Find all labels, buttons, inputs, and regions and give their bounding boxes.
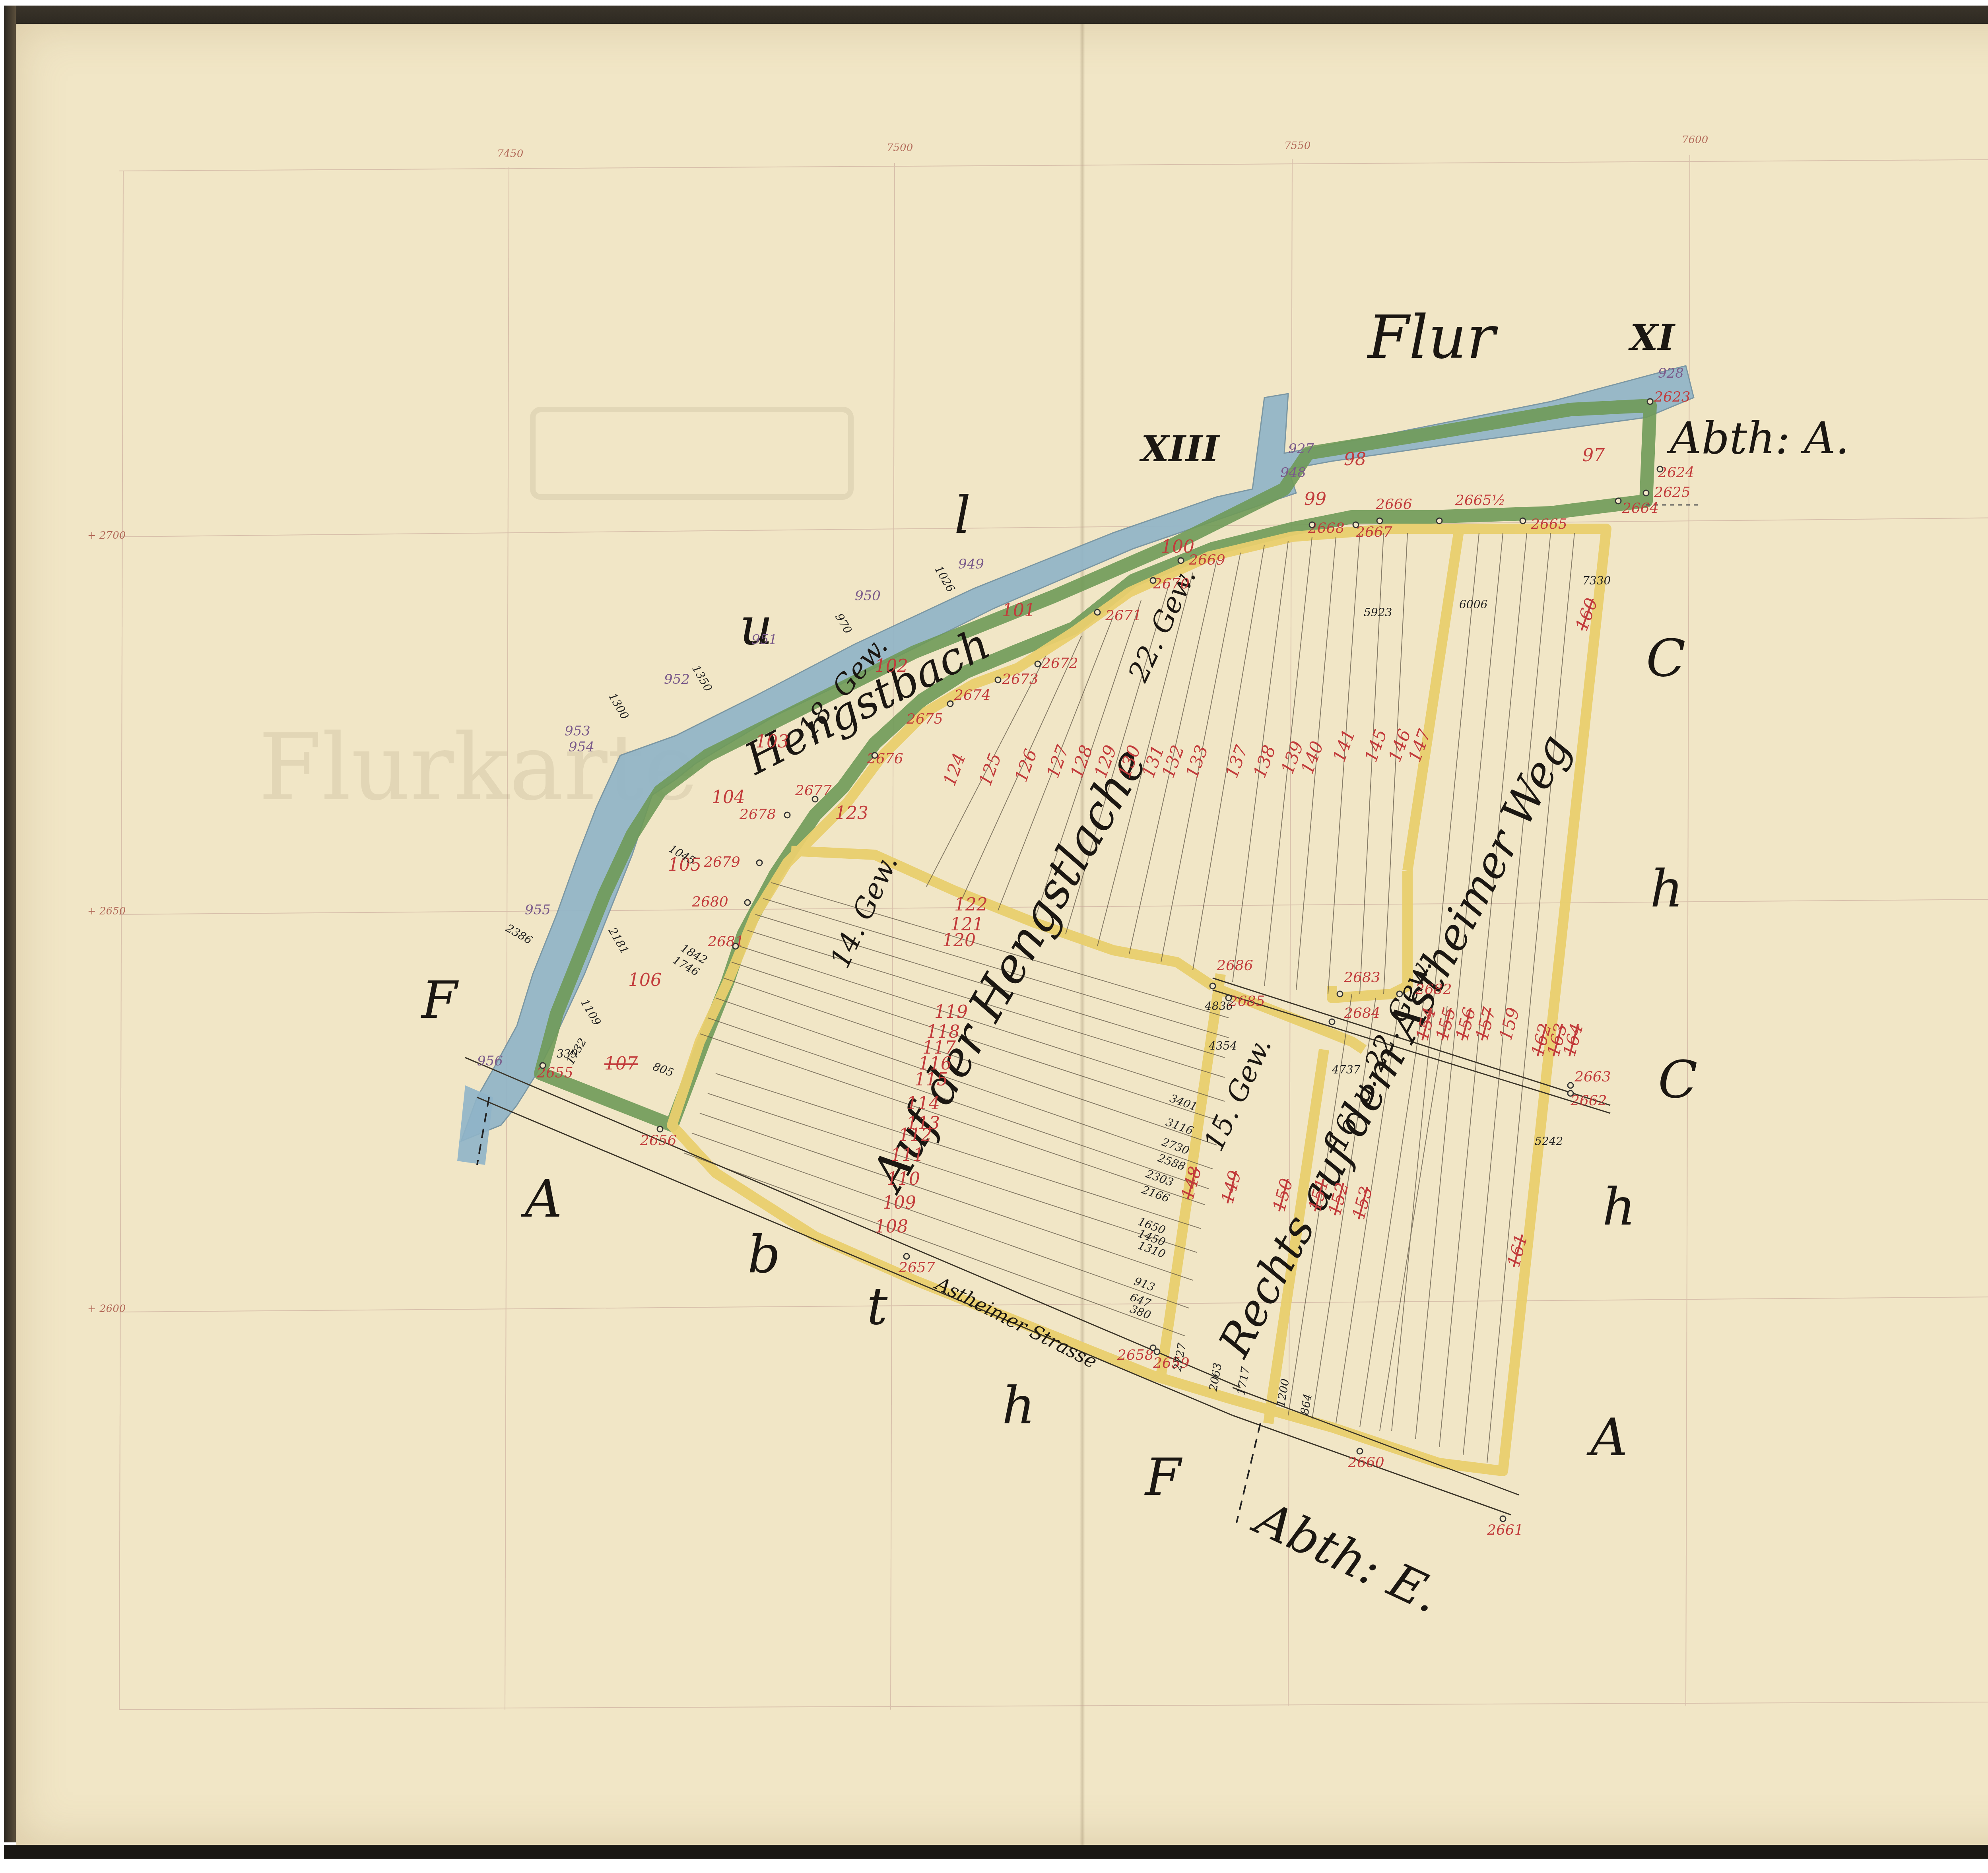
point-2674: 2674: [954, 687, 991, 703]
gewann-14: 14. Gew.: [823, 849, 904, 973]
parcel-126: 126: [1011, 746, 1041, 784]
letter-h-right-2: h: [1602, 1176, 1636, 1237]
letter-c-right: C: [1646, 628, 1685, 688]
letter-f-left: F: [421, 970, 459, 1030]
parcel-122: 122: [954, 895, 988, 915]
svg-text:3116: 3116: [1164, 1116, 1195, 1137]
parcel-103: 103: [755, 732, 789, 752]
parcel-133: 133: [1182, 742, 1212, 780]
parcel-127: 127: [1043, 742, 1073, 780]
point-2684: 2684: [1343, 1005, 1380, 1021]
point-2656: 2656: [640, 1132, 677, 1149]
parcel-124: 124: [939, 750, 970, 788]
point-2680: 2680: [691, 894, 728, 910]
letter-l: l: [954, 485, 971, 545]
point-2623: 2623: [1654, 389, 1691, 405]
point-2657: 2657: [898, 1260, 935, 1276]
point-2665: 2665: [1530, 516, 1567, 532]
water-955: 955: [525, 902, 551, 918]
point-2666: 2666: [1375, 496, 1412, 512]
svg-text:4737: 4737: [1332, 1063, 1360, 1076]
letter-f-bottom: F: [1144, 1447, 1183, 1507]
svg-text:2181: 2181: [606, 925, 631, 956]
flur-number-xi: XI: [1628, 316, 1676, 359]
point-2662: 2662: [1570, 1093, 1607, 1109]
parcel-101: 101: [1002, 600, 1035, 621]
point-2672: 2672: [1041, 655, 1078, 672]
point-2660: 2660: [1347, 1454, 1384, 1471]
point-2625: 2625: [1654, 484, 1691, 501]
point-2664: 2664: [1622, 500, 1659, 516]
water-953: 953: [565, 723, 590, 739]
parcel-153: 153: [1348, 1184, 1376, 1222]
water-928: 928: [1658, 365, 1684, 381]
point-2671: 2671: [1105, 608, 1142, 624]
point-2683: 2683: [1343, 969, 1380, 986]
svg-text:3401: 3401: [1168, 1092, 1199, 1114]
point-2679: 2679: [703, 854, 740, 870]
dashed-boundary: [1237, 1423, 1260, 1523]
parcel-149: 149: [1217, 1168, 1245, 1206]
water-956: 956: [477, 1053, 503, 1069]
parcel-106: 106: [628, 970, 662, 990]
point-2665-half: 2665½: [1455, 492, 1506, 509]
svg-text:339: 339: [557, 1047, 578, 1060]
letter-b-left: b: [747, 1224, 780, 1285]
point-2677: 2677: [795, 782, 832, 799]
point-2678: 2678: [739, 806, 776, 823]
point-2667: 2667: [1355, 524, 1392, 540]
parcel-118: 118: [926, 1022, 960, 1042]
svg-text:1026: 1026: [932, 563, 957, 594]
parcel-97: 97: [1582, 445, 1605, 466]
water-952: 952: [664, 672, 690, 687]
point-2685: 2685: [1228, 993, 1265, 1009]
svg-text:2063: 2063: [1206, 1362, 1224, 1392]
parcel-123: 123: [835, 803, 868, 823]
water-channel-lower: [457, 1085, 493, 1165]
water-951: 951: [751, 632, 777, 648]
cadastral-map: Flurkarte: [0, 0, 1988, 1873]
letter-t-left: t: [867, 1276, 888, 1336]
parcel-108: 108: [875, 1217, 908, 1237]
letter-a-left: A: [521, 1168, 562, 1229]
parcel-110: 110: [887, 1169, 920, 1189]
svg-text:1717: 1717: [1234, 1366, 1252, 1396]
svg-text:2386: 2386: [503, 921, 535, 947]
water-949: 949: [958, 556, 984, 572]
tick-left-2650: + 2650: [87, 905, 126, 917]
point-2624: 2624: [1658, 464, 1695, 481]
flur-label-top: Flur: [1367, 303, 1499, 372]
point-2670: 2670: [1153, 576, 1190, 592]
point-2686: 2686: [1216, 957, 1253, 974]
letter-c-right-2: C: [1658, 1049, 1697, 1110]
parcel-107: 107: [604, 1054, 638, 1074]
tick-top-2: 7500: [887, 142, 913, 154]
water-950: 950: [855, 588, 881, 604]
tick-left-2600: + 2600: [87, 1303, 126, 1315]
parcel-141: 141: [1329, 726, 1359, 765]
parcel-137: 137: [1221, 742, 1252, 780]
letter-a-right: A: [1586, 1407, 1628, 1467]
tick-top-1: 7450: [497, 148, 523, 160]
svg-text:970: 970: [833, 611, 854, 636]
parcel-102: 102: [875, 656, 908, 676]
svg-text:6006: 6006: [1459, 598, 1487, 611]
svg-text:5923: 5923: [1364, 606, 1392, 619]
abteilung-e-label: Abth: E.: [1244, 1489, 1449, 1624]
point-2658: 2658: [1117, 1347, 1154, 1363]
tick-left-2700: + 2700: [87, 530, 126, 542]
parcel-109: 109: [883, 1193, 916, 1213]
point-2669: 2669: [1188, 552, 1225, 568]
label-astheimer-strasse: Astheimer Strasse: [931, 1272, 1101, 1373]
svg-text:4836: 4836: [1204, 1000, 1233, 1013]
water-948: 948: [1280, 465, 1306, 481]
svg-text:805: 805: [651, 1060, 676, 1079]
svg-text:1350: 1350: [689, 663, 715, 694]
parcel-98: 98: [1344, 449, 1366, 470]
tick-top-3: 7550: [1284, 140, 1310, 152]
letter-h-right: h: [1650, 858, 1683, 919]
parcel-138: 138: [1249, 742, 1280, 780]
svg-text:7330: 7330: [1582, 574, 1611, 587]
water-927: 927: [1288, 441, 1314, 457]
parcel-121: 121: [950, 914, 984, 935]
abteilung-a-label: Abth: A.: [1666, 413, 1849, 464]
parcel-145: 145: [1361, 726, 1391, 765]
point-2675: 2675: [906, 711, 943, 727]
point-2676: 2676: [866, 751, 903, 767]
svg-text:5242: 5242: [1535, 1135, 1563, 1148]
flur-number-xiii: XIII: [1139, 428, 1220, 470]
tick-top-4: 7600: [1682, 134, 1708, 146]
parcel-104: 104: [712, 787, 745, 807]
parcel-113: 113: [907, 1113, 940, 1134]
water-954: 954: [569, 739, 594, 755]
svg-text:1109: 1109: [578, 997, 604, 1028]
parcel-125: 125: [975, 750, 1006, 788]
point-2673: 2673: [1002, 671, 1039, 687]
parcel-119: 119: [934, 1002, 968, 1022]
svg-text:864: 864: [1298, 1393, 1314, 1416]
point-2682: 2682: [1415, 981, 1452, 998]
svg-text:4354: 4354: [1208, 1039, 1237, 1052]
letter-h-left: h: [1002, 1375, 1035, 1436]
parcel-99: 99: [1304, 489, 1326, 509]
point-2663: 2663: [1574, 1069, 1611, 1085]
point-2661: 2661: [1487, 1522, 1524, 1538]
parcel-111: 111: [891, 1145, 924, 1165]
parcel-114: 114: [907, 1093, 940, 1114]
